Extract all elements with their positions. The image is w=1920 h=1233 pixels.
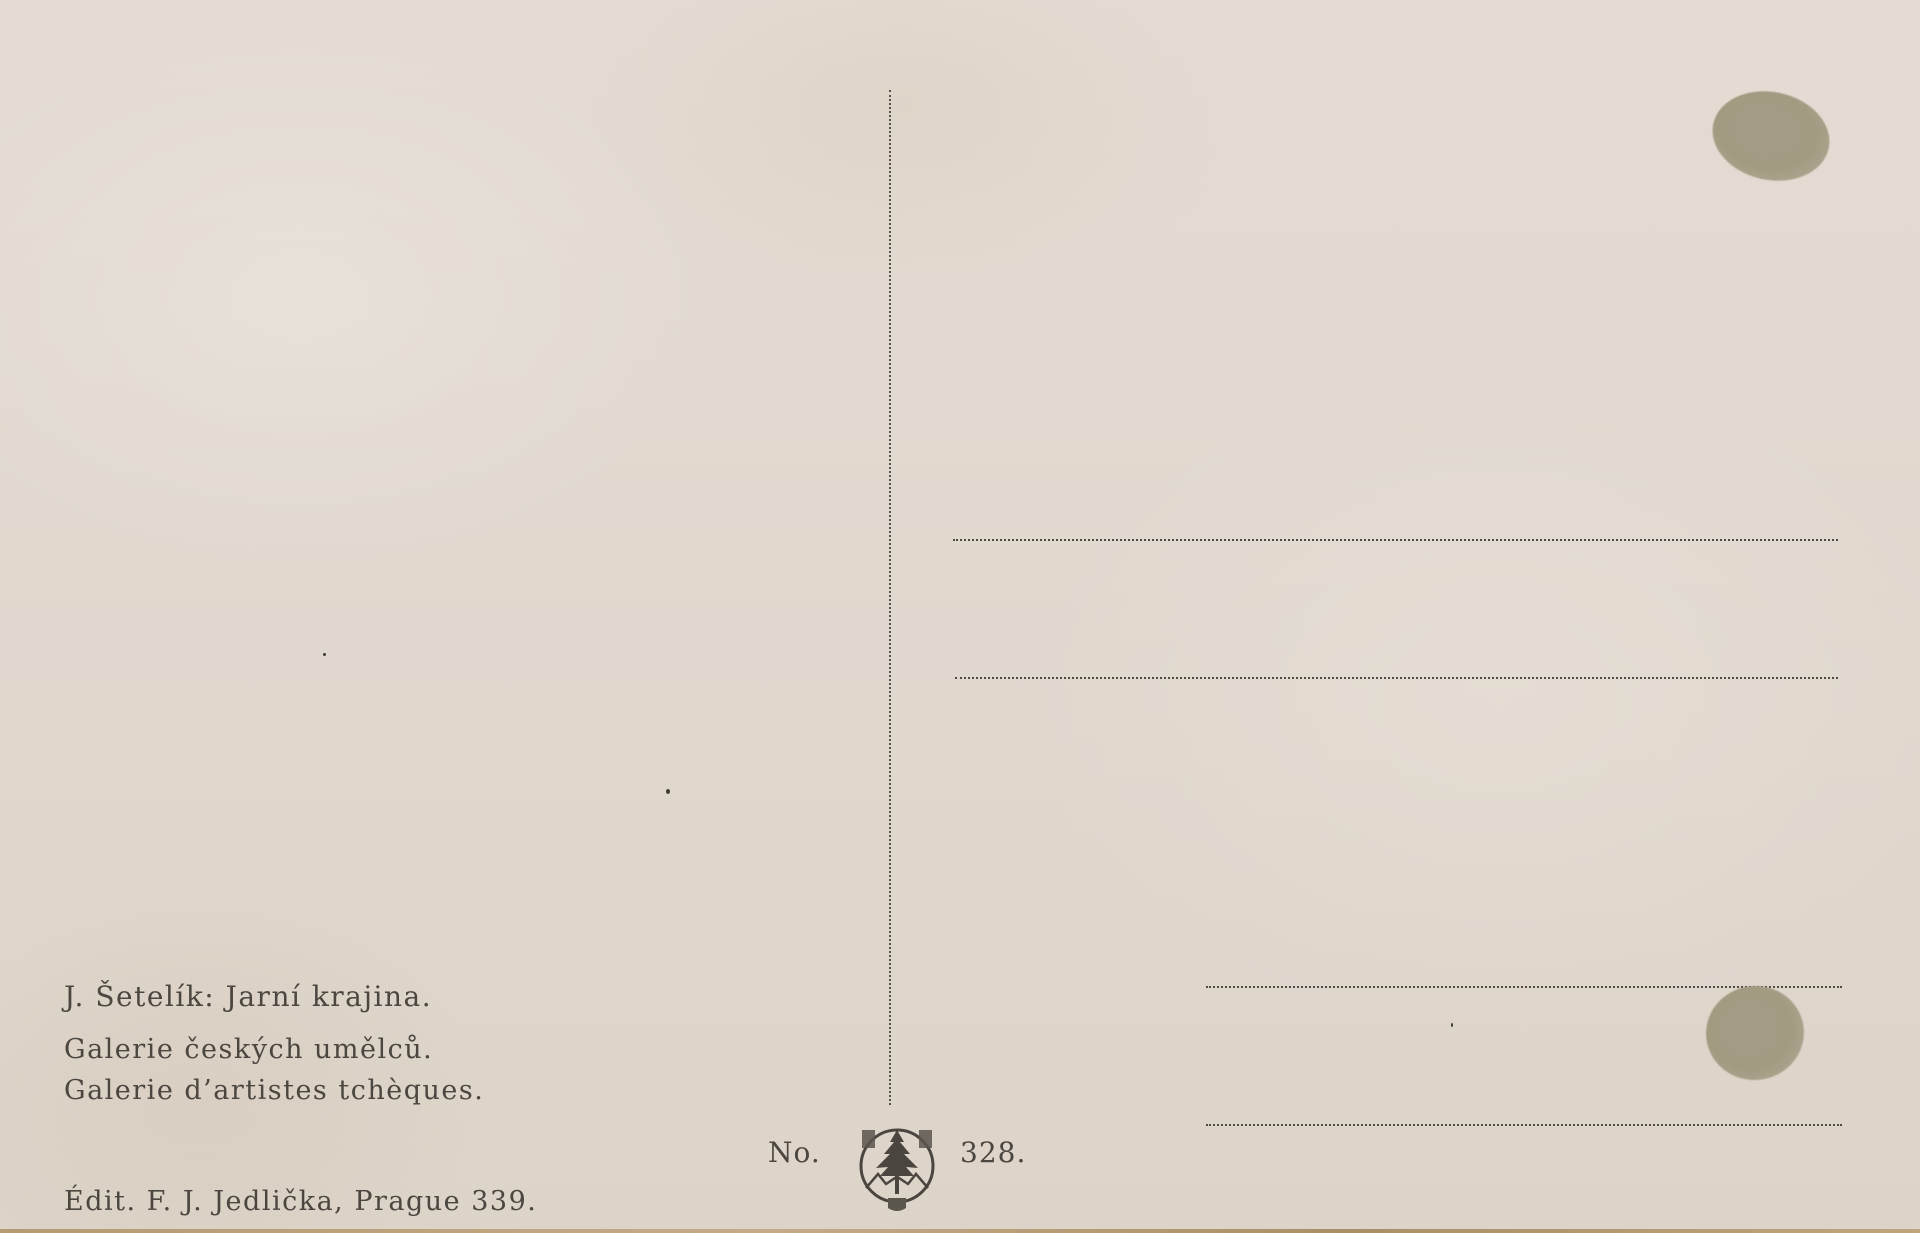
series-number-value: 328. (960, 1136, 1026, 1169)
artwork-caption: J. Šetelík: Jarní krajina. (64, 980, 432, 1013)
gallery-caption-french: Galerie d’artistes tchèques. (64, 1075, 484, 1106)
publisher-line: Édit. F. J. Jedlička, Prague 339. (64, 1186, 537, 1217)
ink-speck (1451, 1023, 1453, 1027)
stain-bottom-right (1700, 980, 1810, 1087)
address-line-1 (953, 539, 1838, 541)
address-line-4 (1206, 1124, 1842, 1126)
card-bottom-edge (0, 1229, 1920, 1233)
address-line-2 (955, 677, 1838, 679)
stain-top-right (1704, 81, 1838, 192)
ink-speck (323, 653, 326, 656)
series-number-label: No. (768, 1136, 821, 1169)
postcard-back: J. Šetelík: Jarní krajina. Galerie český… (0, 0, 1920, 1233)
ink-speck (666, 789, 670, 794)
center-divider (889, 90, 891, 1105)
series-number: No. 328. (760, 1122, 1040, 1202)
tree-emblem-icon (854, 1122, 940, 1214)
gallery-caption-czech: Galerie českých umělců. (64, 1034, 433, 1065)
